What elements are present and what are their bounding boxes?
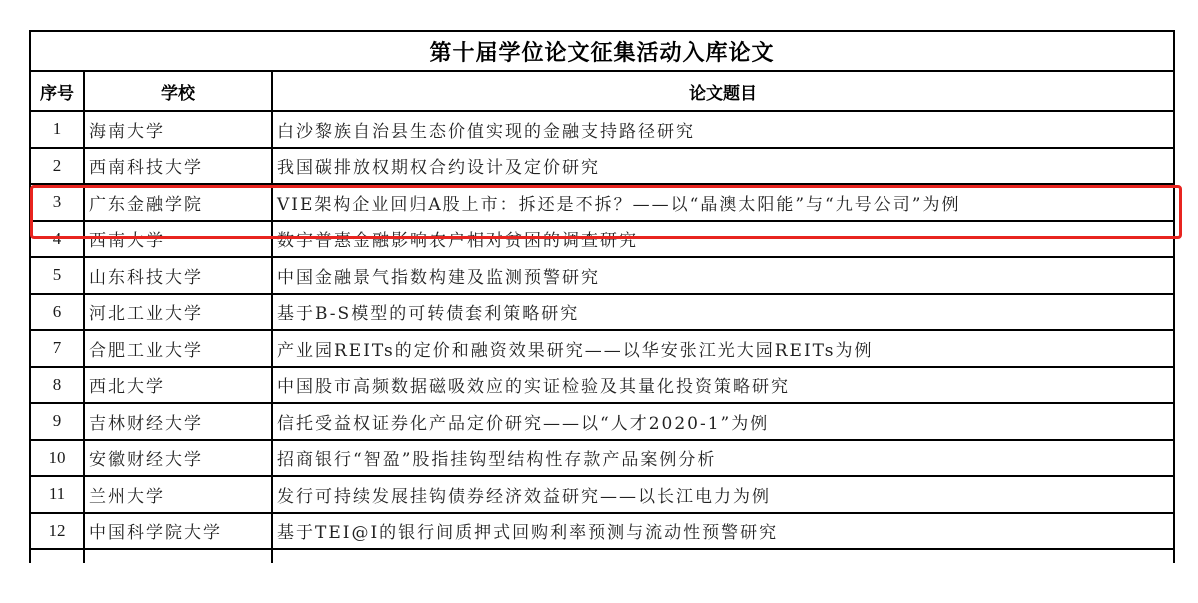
cell-school[interactable]: 西北大学 (84, 367, 272, 404)
table-title: 第十届学位论文征集活动入库论文 (30, 31, 1174, 71)
table-row: 5 山东科技大学 中国金融景气指数构建及监测预警研究 (30, 257, 1174, 294)
cell-title (272, 549, 1174, 563)
table-row: 1 海南大学 白沙黎族自治县生态价值实现的金融支持路径研究 (30, 111, 1174, 148)
title-row: 第十届学位论文征集活动入库论文 (30, 31, 1174, 71)
cell-school[interactable]: 海南大学 (84, 111, 272, 148)
cell-school[interactable]: 山东科技大学 (84, 257, 272, 294)
cell-school[interactable]: 河北工业大学 (84, 294, 272, 331)
header-row: 序号 学校 论文题目 (30, 71, 1174, 111)
cell-no[interactable]: 6 (30, 294, 84, 331)
cell-school[interactable]: 西南大学 (84, 221, 272, 258)
cell-title[interactable]: 基于TEI@I的银行间质押式回购利率预测与流动性预警研究 (272, 513, 1174, 550)
cell-school[interactable]: 吉林财经大学 (84, 403, 272, 440)
table-row: 7 合肥工业大学 产业园REITs的定价和融资效果研究——以华安张江光大园REI… (30, 330, 1174, 367)
cell-school (84, 549, 272, 563)
cell-school[interactable]: 广东金融学院 (84, 184, 272, 221)
table-row: 9 吉林财经大学 信托受益权证券化产品定价研究——以“人才2020-1”为例 (30, 403, 1174, 440)
cell-title[interactable]: 白沙黎族自治县生态价值实现的金融支持路径研究 (272, 111, 1174, 148)
header-no: 序号 (30, 71, 84, 111)
cell-no[interactable]: 1 (30, 111, 84, 148)
cell-title[interactable]: 中国金融景气指数构建及监测预警研究 (272, 257, 1174, 294)
cell-title[interactable]: 我国碳排放权期权合约设计及定价研究 (272, 148, 1174, 185)
table-row: 6 河北工业大学 基于B-S模型的可转债套利策略研究 (30, 294, 1174, 331)
cell-title[interactable]: 招商银行“智盈”股指挂钩型结构性存款产品案例分析 (272, 440, 1174, 477)
cell-school[interactable]: 合肥工业大学 (84, 330, 272, 367)
table-row: 8 西北大学 中国股市高频数据磁吸效应的实证检验及其量化投资策略研究 (30, 367, 1174, 404)
cell-no[interactable]: 2 (30, 148, 84, 185)
table-row: 10 安徽财经大学 招商银行“智盈”股指挂钩型结构性存款产品案例分析 (30, 440, 1174, 477)
header-title: 论文题目 (272, 71, 1174, 111)
cell-school[interactable]: 兰州大学 (84, 476, 272, 513)
spreadsheet-table-container: 第十届学位论文征集活动入库论文 序号 学校 论文题目 1 海南大学 白沙黎族自治… (29, 30, 1173, 563)
table-row-cutoff (30, 549, 1174, 563)
cell-no[interactable]: 4 (30, 221, 84, 258)
cell-school[interactable]: 安徽财经大学 (84, 440, 272, 477)
table-row: 12 中国科学院大学 基于TEI@I的银行间质押式回购利率预测与流动性预警研究 (30, 513, 1174, 550)
table-row: 2 西南科技大学 我国碳排放权期权合约设计及定价研究 (30, 148, 1174, 185)
table-row: 11 兰州大学 发行可持续发展挂钩债券经济效益研究——以长江电力为例 (30, 476, 1174, 513)
cell-no[interactable]: 10 (30, 440, 84, 477)
cell-no[interactable]: 11 (30, 476, 84, 513)
cell-no[interactable]: 5 (30, 257, 84, 294)
cell-no[interactable]: 3 (30, 184, 84, 221)
cell-title[interactable]: 发行可持续发展挂钩债券经济效益研究——以长江电力为例 (272, 476, 1174, 513)
cell-school[interactable]: 中国科学院大学 (84, 513, 272, 550)
cell-title[interactable]: 信托受益权证券化产品定价研究——以“人才2020-1”为例 (272, 403, 1174, 440)
cell-no[interactable]: 8 (30, 367, 84, 404)
table-row-highlighted: 3 广东金融学院 VIE架构企业回归A股上市：拆还是不拆？——以“晶澳太阳能”与… (30, 184, 1174, 221)
cell-title[interactable]: 基于B-S模型的可转债套利策略研究 (272, 294, 1174, 331)
header-school: 学校 (84, 71, 272, 111)
cell-title[interactable]: 数字普惠金融影响农户相对贫困的调查研究 (272, 221, 1174, 258)
cell-title[interactable]: 产业园REITs的定价和融资效果研究——以华安张江光大园REITs为例 (272, 330, 1174, 367)
cell-title[interactable]: VIE架构企业回归A股上市：拆还是不拆？——以“晶澳太阳能”与“九号公司”为例 (272, 184, 1174, 221)
table-row: 4 西南大学 数字普惠金融影响农户相对贫困的调查研究 (30, 221, 1174, 258)
cell-no[interactable]: 9 (30, 403, 84, 440)
papers-table: 第十届学位论文征集活动入库论文 序号 学校 论文题目 1 海南大学 白沙黎族自治… (29, 30, 1175, 563)
cell-no[interactable]: 7 (30, 330, 84, 367)
cell-no (30, 549, 84, 563)
cell-no[interactable]: 12 (30, 513, 84, 550)
cell-title[interactable]: 中国股市高频数据磁吸效应的实证检验及其量化投资策略研究 (272, 367, 1174, 404)
cell-school[interactable]: 西南科技大学 (84, 148, 272, 185)
